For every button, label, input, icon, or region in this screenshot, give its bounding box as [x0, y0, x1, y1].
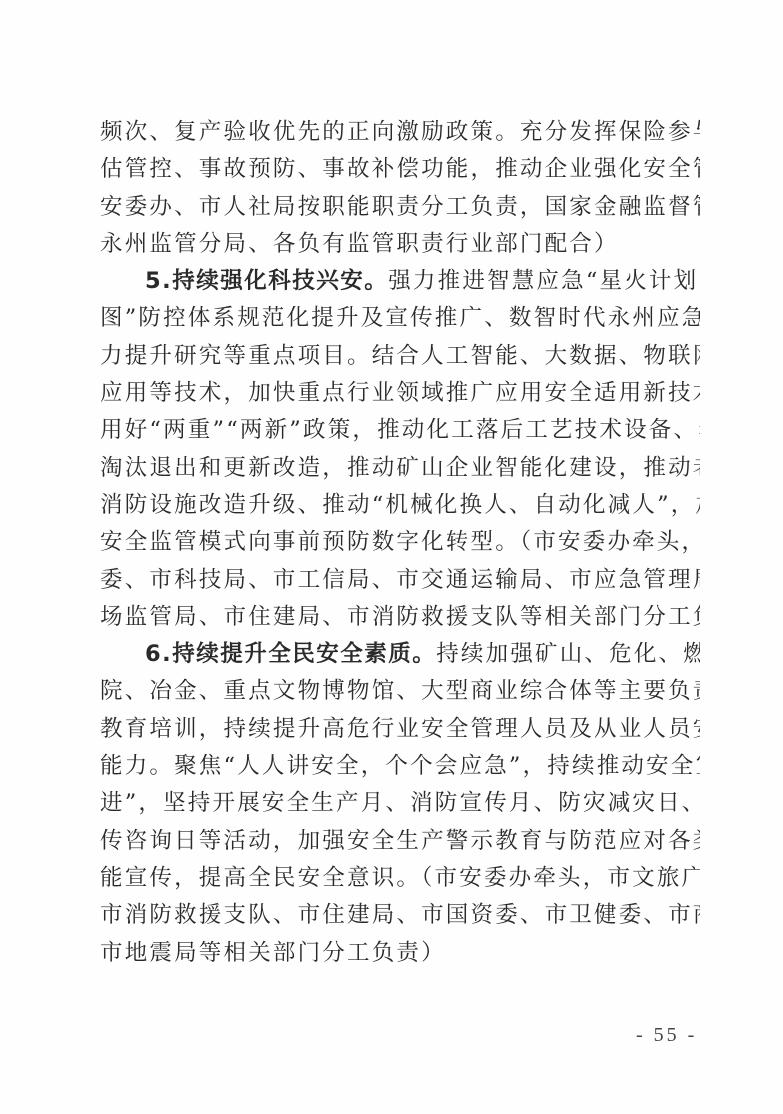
section-heading-6: 6.持续提升全民安全素质。 [145, 641, 436, 667]
text-line: 力提升研究等重点项目。结合人工智能、大数据、物联网、北斗 [100, 338, 700, 375]
text-line: 估管控、事故预防、事故补偿功能，推动企业强化安全管理。（市 [100, 151, 700, 188]
text-line: 安委办、市人社局按职能职责分工负责，国家金融监督管理总局 [100, 189, 700, 226]
text-line: 消防设施改造升级、推动“机械化换人、自动化减人”，加快推动 [100, 487, 700, 524]
text-line: 能宣传，提高全民安全意识。（市安委办牵头，市文旅广体局、 [100, 860, 700, 897]
text-line: 场监管局、市住建局、市消防救援支队等相关部门分工负责） [100, 599, 700, 636]
section-heading-5: 5.持续强化科技兴安。 [145, 268, 388, 294]
text-line: 频次、复产验收优先的正向激励政策。充分发挥保险参与风险评 [100, 114, 700, 151]
text-line: 用好“两重”“两新”政策，推动化工落后工艺技术设备、老旧装置 [100, 412, 700, 449]
page-number: - 55 - [636, 1024, 697, 1047]
text-line: 淘汰退出和更新改造，推动矿山企业智能化建设，推动老旧小区 [100, 450, 700, 487]
text-line: 教育培训，持续提升高危行业安全管理人员及从业人员安全素质 [100, 711, 700, 748]
text-line: 安全监管模式向事前预防数字化转型。（市安委办牵头，市发改 [100, 524, 700, 561]
section-6-first-line: 6.持续提升全民安全素质。持续加强矿山、危化、燃气、医 [100, 636, 700, 673]
document-page: 频次、复产验收优先的正向激励政策。充分发挥保险参与风险评 估管控、事故预防、事故… [0, 0, 783, 1114]
document-body: 频次、复产验收优先的正向激励政策。充分发挥保险参与风险评 估管控、事故预防、事故… [100, 114, 700, 972]
text-line: 进”，坚持开展安全生产月、消防宣传月、防灾减灾日、安全宣 [100, 785, 700, 822]
text-line: 应用等技术，加快重点行业领域推广应用安全适用新技术新装备， [100, 375, 700, 412]
text-line: 永州监管分局、各负有监管职责行业部门配合） [100, 226, 700, 263]
text-line: 能力。聚焦“人人讲安全，个个会应急”，持续推动安全宣传“五 [100, 748, 700, 785]
text-line: 市消防救援支队、市住建局、市国资委、市卫健委、市商务局、 [100, 897, 700, 934]
text-line: 委、市科技局、市工信局、市交通运输局、市应急管理局、市市 [100, 562, 700, 599]
text-span: 强力推进智慧应急“星火计划”“一网四 [388, 268, 700, 294]
text-line: 院、冶金、重点文物博物馆、大型商业综合体等主要负责人安全 [100, 673, 700, 710]
text-line: 图”防控体系规范化提升及宣传推广、数智时代永州应急协同能 [100, 300, 700, 337]
text-line: 市地震局等相关部门分工负责） [100, 935, 700, 972]
text-span: 持续加强矿山、危化、燃气、医 [436, 641, 700, 667]
text-line: 传咨询日等活动，加强安全生产警示教育与防范应对各类灾害技 [100, 823, 700, 860]
section-5-first-line: 5.持续强化科技兴安。强力推进智慧应急“星火计划”“一网四 [100, 263, 700, 300]
